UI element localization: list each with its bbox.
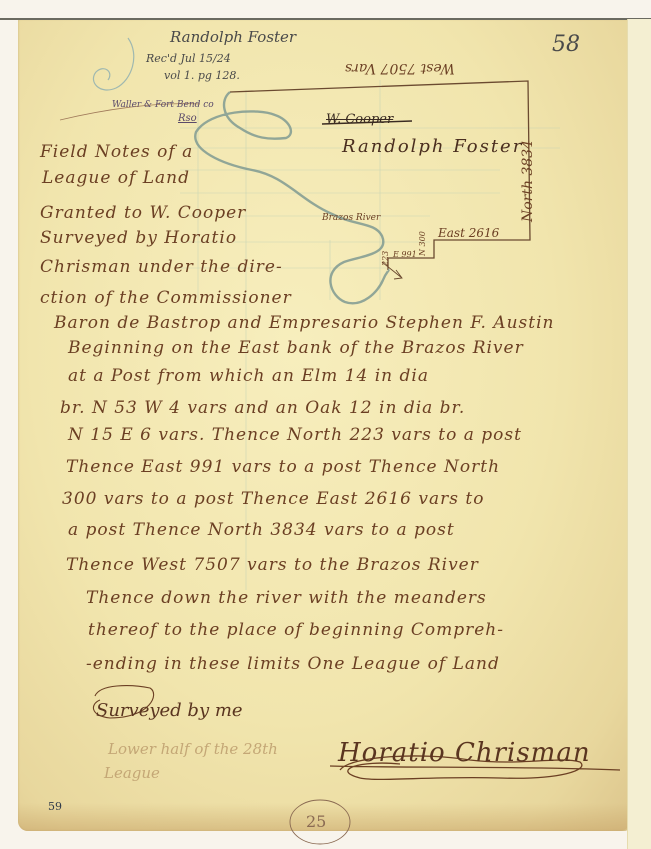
circled-number: 25 [306, 812, 326, 831]
page-number-bottom: 59 [48, 800, 62, 813]
body-line-9: a post Thence North 3834 vars to a post [68, 520, 455, 540]
plat-river-label: Brazos River [322, 213, 380, 223]
scan-top-margin [0, 0, 651, 19]
page-number-top: 58 [552, 32, 580, 57]
body-line-11: Thence down the river with the meanders [86, 588, 487, 608]
archive-county-abbrev: Rso [178, 113, 197, 124]
scan-edge-line [0, 18, 651, 20]
body-line-1: ction of the Commissioner [40, 288, 292, 308]
faint-note-line-2: League [104, 764, 160, 782]
heading-line-1: Field Notes of a [40, 142, 193, 162]
scan-right-margin [627, 19, 651, 849]
archive-volume: vol 1. pg 128. [164, 69, 240, 82]
archive-county-note: Waller & Fort Bend co [112, 100, 214, 110]
plat-crossed-name: W. Cooper [326, 112, 393, 127]
plat-north-3834: North 3834 [520, 140, 536, 222]
body-line-2: Baron de Bastrop and Empresario Stephen … [54, 313, 554, 333]
body-line-13: -ending in these limits One League of La… [86, 654, 500, 674]
body-line-8: 300 vars to a post Thence East 2616 vars… [62, 489, 484, 509]
heading-line-5: Chrisman under the dire- [40, 257, 283, 277]
body-line-10: Thence West 7507 vars to the Brazos Rive… [66, 555, 479, 575]
body-line-6: N 15 E 6 vars. Thence North 223 vars to … [68, 425, 522, 445]
plat-east-991: E 991 [393, 250, 417, 259]
closing-surveyed-by: Surveyed by me [96, 700, 243, 721]
signature: Horatio Chrisman [338, 738, 591, 768]
plat-top-label: West 7507 Vars [345, 60, 455, 76]
heading-line-3: Granted to W. Cooper [40, 203, 246, 223]
plat-grantee: Randolph Foster [342, 136, 523, 157]
heading-line-2: League of Land [42, 168, 190, 188]
body-line-12: thereof to the place of beginning Compre… [88, 620, 504, 640]
body-line-3: Beginning on the East bank of the Brazos… [68, 338, 524, 358]
archive-recorded: Rec'd Jul 15/24 [146, 52, 231, 65]
body-line-5: br. N 53 W 4 vars and an Oak 12 in dia b… [60, 398, 465, 418]
body-line-4: at a Post from which an Elm 14 in dia [68, 366, 429, 386]
archive-name: Randolph Foster [170, 28, 296, 46]
heading-line-4: Surveyed by Horatio [40, 228, 237, 248]
plat-north-300: N 300 [418, 231, 427, 256]
plat-east-2616: East 2616 [438, 226, 499, 240]
body-line-7: Thence East 991 vars to a post Thence No… [66, 457, 500, 477]
faint-note-line-1: Lower half of the 28th [108, 740, 278, 758]
plat-north-223: 223 [381, 251, 390, 266]
